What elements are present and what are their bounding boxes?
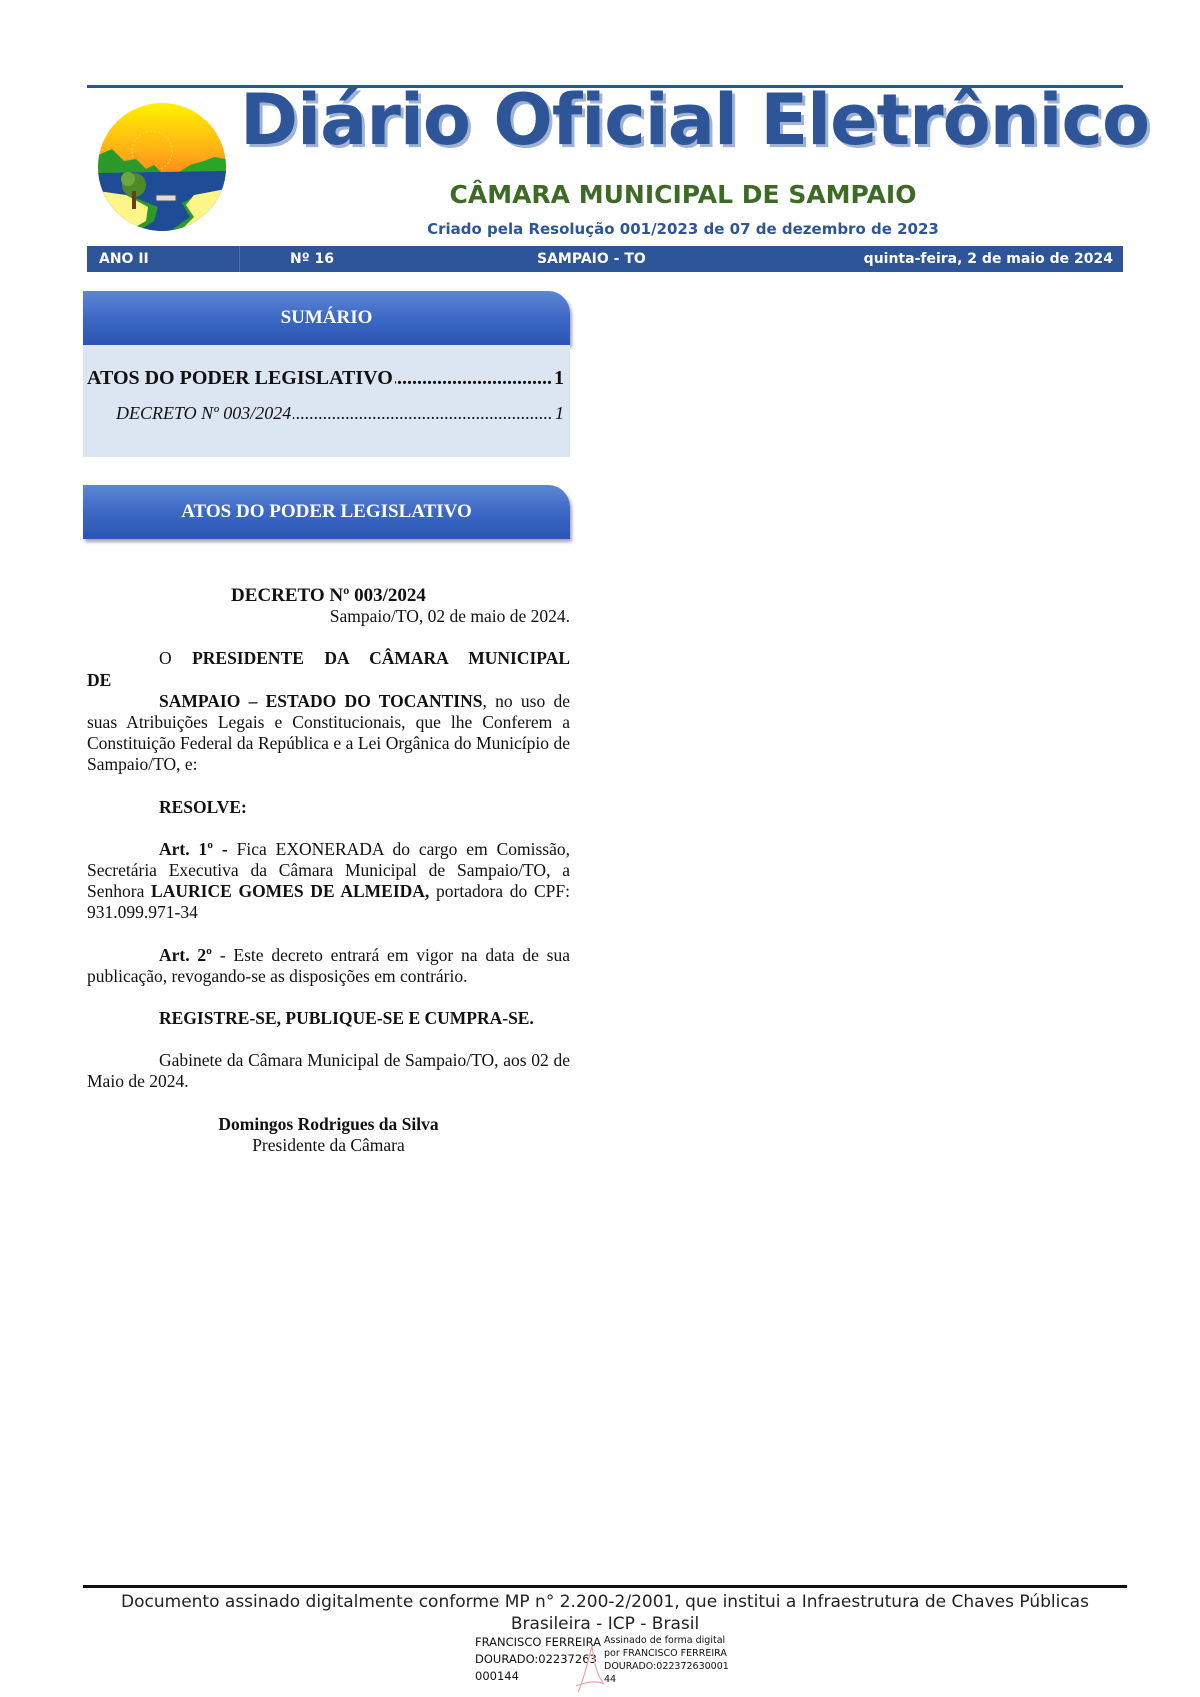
toc-entry-decreto[interactable]: ........................................… xyxy=(116,403,567,424)
toc-entry-label: ATOS DO PODER LEGISLATIVO xyxy=(87,367,395,389)
creation-resolution: Criado pela Resolução 001/2023 de 07 de … xyxy=(0,220,1200,238)
summary-header: SUMÁRIO xyxy=(83,291,570,345)
decree-body: DECRETO Nº 003/2024 Sampaio/TO, 02 de ma… xyxy=(87,585,570,1156)
decree-article-2: Art. 2º - Este decreto entrará em vigor … xyxy=(87,945,570,987)
digital-signature-notice: Documento assinado digitalmente conforme… xyxy=(0,1592,1200,1612)
summary-box: ........................................… xyxy=(83,345,570,457)
decree-preamble: SAMPAIO – ESTADO DO TOCANTINS, no uso de… xyxy=(87,691,570,776)
landscape-logo-icon xyxy=(98,103,226,231)
decree-resolve: RESOLVE: xyxy=(87,797,570,818)
issue-year: ANO II xyxy=(99,251,149,267)
issue-city: SAMPAIO - TO xyxy=(537,251,646,267)
toc-entry-page: 1 xyxy=(555,403,564,424)
issue-date: quinta-feira, 2 de maio de 2024 xyxy=(864,251,1113,267)
institution-name: CÂMARA MUNICIPAL DE SAMPAIO xyxy=(0,180,1200,209)
footer-rule xyxy=(83,1585,1127,1588)
section-header-atos: ATOS DO PODER LEGISLATIVO xyxy=(83,485,570,539)
signer-role: Presidente da Câmara xyxy=(87,1135,570,1156)
infobar-divider xyxy=(239,246,240,272)
issue-info-bar: ANO II Nº 16 SAMPAIO - TO quinta-feira, … xyxy=(87,246,1123,272)
toc-entry-page: 1 xyxy=(554,367,564,390)
municipal-logo xyxy=(98,103,226,231)
signer-name: Domingos Rodrigues da Silva xyxy=(87,1114,570,1135)
decree-closing: REGISTRE-SE, PUBLIQUE-SE E CUMPRA-SE. xyxy=(87,1008,570,1029)
issue-number: Nº 16 xyxy=(290,251,334,267)
decree-article-1: Art. 1º - Fica EXONERADA do cargo em Com… xyxy=(87,839,570,924)
decree-preamble-de: DE xyxy=(87,670,570,691)
toc-entry-atos[interactable]: ........................................… xyxy=(87,367,567,390)
digital-signature-notice-2: Brasileira - ICP - Brasil xyxy=(0,1614,1200,1634)
toc-entry-label: DECRETO Nº 003/2024 xyxy=(116,403,293,423)
decree-place-date: Sampaio/TO, 02 de maio de 2024. xyxy=(87,606,570,627)
decree-gabinete: Gabinete da Câmara Municipal de Sampaio/… xyxy=(87,1050,570,1092)
digital-signature-details: Assinado de forma digital por FRANCISCO … xyxy=(604,1634,729,1686)
decree-title: DECRETO Nº 003/2024 xyxy=(87,585,570,606)
masthead-title: Diário Oficial Eletrônico xyxy=(240,82,1149,159)
decree-preamble-line1: O PRESIDENTE DA CÂMARA MUNICIPAL xyxy=(87,648,570,669)
